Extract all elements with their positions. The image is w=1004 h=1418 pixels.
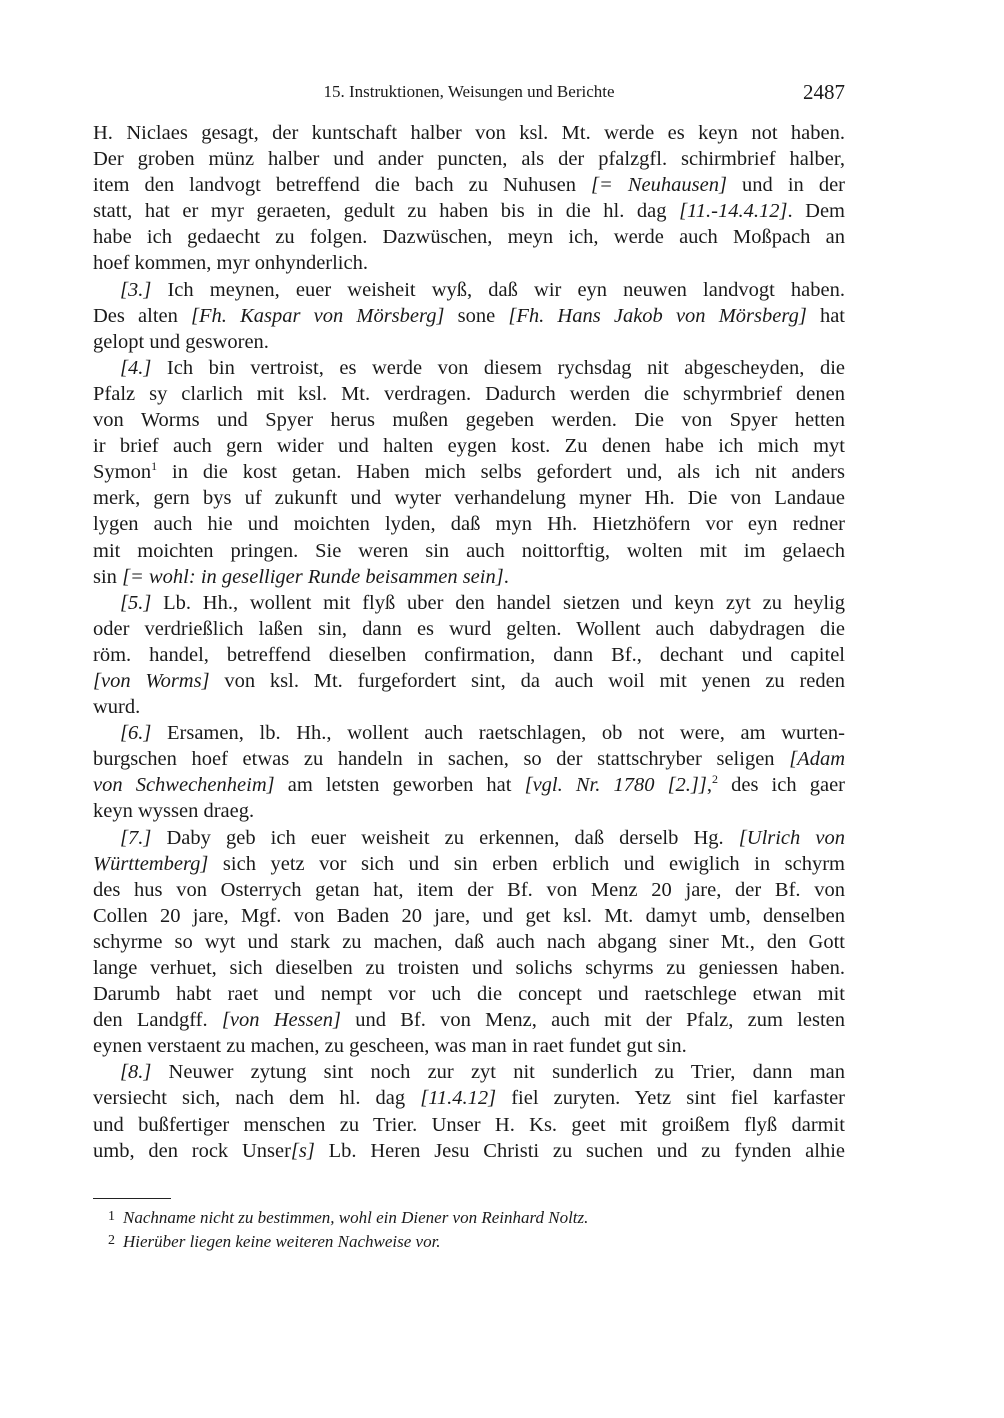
text-line: schyrme so wyt und stark zu machen, daß …	[93, 929, 845, 955]
text-line: keyn wyssen draeg.	[93, 798, 845, 824]
text-segment: eynen verstaent zu machen, zu gescheen, …	[93, 1035, 687, 1057]
text-segment: Ich meynen, euer weisheit wyß, daß wir e…	[151, 279, 845, 301]
text-segment: Daby geb ich euer weisheit zu erkennen, …	[151, 827, 738, 849]
text-segment: . Dem	[787, 200, 845, 222]
text-segment: hat	[807, 305, 845, 327]
text-segment: merk, gern bys uf zukunft und wyter verh…	[93, 487, 845, 509]
text-line: item den landvogt betreffend die bach zu…	[93, 172, 845, 198]
text-segment: des hus von Osterrych getan hat, item de…	[93, 879, 845, 901]
text-segment: und in der	[727, 174, 845, 196]
editorial-annotation: [7.]	[120, 827, 151, 849]
text-segment: Des alten	[93, 305, 191, 327]
editorial-annotation: [3.]	[120, 279, 151, 301]
footnote-number: 2	[93, 1229, 123, 1253]
text-segment: Neuwer zytung sint noch zur zyt nit sund…	[151, 1061, 845, 1083]
text-segment: fiel zuryten. Yetz sint fiel karfaster	[496, 1087, 845, 1109]
text-segment: statt, hat er myr geraeten, gedult zu ha…	[93, 200, 679, 222]
paragraph-first-line: [8.] Neuwer zytung sint noch zur zyt nit…	[93, 1059, 845, 1085]
text-segment: den Landgff.	[93, 1009, 222, 1031]
text-segment: sin	[93, 566, 122, 588]
text-segment: ir brief auch gern wider und halten eyge…	[93, 435, 845, 457]
text-line: merk, gern bys uf zukunft und wyter verh…	[93, 485, 845, 511]
text-segment: des ich gaer	[718, 774, 845, 796]
text-line: versiecht sich, nach dem hl. dag [11.4.1…	[93, 1085, 845, 1111]
editorial-annotation: [= Neuhausen]	[591, 174, 727, 196]
text-segment: H. Niclaes gesagt, der kuntschaft halber…	[93, 122, 845, 144]
text-segment: und bußfertiger menschen zu Trier. Unser…	[93, 1114, 845, 1136]
text-segment: Ich bin vertroist, es werde von diesem r…	[151, 357, 845, 379]
text-line: und bußfertiger menschen zu Trier. Unser…	[93, 1112, 845, 1138]
editorial-annotation: [11.4.12]	[420, 1087, 496, 1109]
text-segment: hoef kommen, myr onhynderlich.	[93, 252, 368, 274]
text-segment: sone	[444, 305, 508, 327]
editorial-annotation: von Schwechenheim]	[93, 774, 275, 796]
editorial-annotation: [6.]	[120, 722, 151, 744]
text-line: gelopt und gesworen.	[93, 329, 845, 355]
editorial-annotation: [s]	[291, 1140, 315, 1162]
footnote-number: 1	[93, 1205, 123, 1229]
text-line: burgschen hoef etwas zu handeln in sache…	[93, 746, 845, 772]
text-line: Des alten [Fh. Kaspar von Mörsberg] sone…	[93, 303, 845, 329]
editorial-annotation: [Ulrich von	[739, 827, 845, 849]
text-line: Symon1 in die kost getan. Haben mich sel…	[93, 459, 845, 485]
text-segment: Lb. Hh., wollent mit flyß uber den hande…	[151, 592, 845, 614]
text-segment: von ksl. Mt. furgefordert sint, da auch …	[210, 670, 845, 692]
running-title: 15. Instruktionen, Weisungen und Bericht…	[93, 82, 845, 102]
text-line: sin [= wohl: in geselliger Runde beisamm…	[93, 564, 845, 590]
text-line: H. Niclaes gesagt, der kuntschaft halber…	[93, 120, 845, 146]
footnote-text: Hierüber liegen keine weiteren Nachweise…	[123, 1232, 441, 1251]
text-segment: Der groben münz halber und ander puncten…	[93, 148, 845, 170]
text-line: lygen auch hie und moichten lyden, daß m…	[93, 511, 845, 537]
text-segment: in die kost getan. Haben mich selbs gefo…	[157, 461, 845, 483]
footnote-text: Nachname nicht zu bestimmen, wohl ein Di…	[123, 1208, 588, 1227]
text-segment: burgschen hoef etwas zu handeln in sache…	[93, 748, 789, 770]
paragraph-first-line: [3.] Ich meynen, euer weisheit wyß, daß …	[93, 277, 845, 303]
text-line: mit moichten pringen. Sie weren sin auch…	[93, 538, 845, 564]
text-segment: item den landvogt betreffend die bach zu…	[93, 174, 591, 196]
text-segment: keyn wyssen draeg.	[93, 800, 254, 822]
text-segment: röm. handel, betreffend dieselben confir…	[93, 644, 845, 666]
text-segment: am letsten geworben hat	[275, 774, 525, 796]
text-segment: von Worms und Spyer herus mußen gegeben …	[93, 409, 845, 431]
text-line: von Worms und Spyer herus mußen gegeben …	[93, 407, 845, 433]
editorial-annotation: [Fh. Kaspar von Mörsberg]	[191, 305, 444, 327]
text-segment: mit moichten pringen. Sie weren sin auch…	[93, 540, 845, 562]
running-header: 15. Instruktionen, Weisungen und Bericht…	[93, 80, 845, 106]
text-line: Pfalz sy clarlich mit ksl. Mt. verdragen…	[93, 381, 845, 407]
text-line: lange verhuet, sich dieselben zu troiste…	[93, 955, 845, 981]
text-line: von Schwechenheim] am letsten geworben h…	[93, 772, 845, 798]
text-segment: Darumb habt raet und nempt vor uch die c…	[93, 983, 845, 1005]
text-line: habe ich gedaecht zu folgen. Dazwüschen,…	[93, 224, 845, 250]
text-segment: versiecht sich, nach dem hl. dag	[93, 1087, 420, 1109]
footnote: 1Nachname nicht zu bestimmen, wohl ein D…	[93, 1205, 845, 1229]
text-line: oder verdrießlich laßen sin, dann es wur…	[93, 616, 845, 642]
paragraph-first-line: [5.] Lb. Hh., wollent mit flyß uber den …	[93, 590, 845, 616]
text-segment: habe ich gedaecht zu folgen. Dazwüschen,…	[93, 226, 845, 248]
footnotes: 1Nachname nicht zu bestimmen, wohl ein D…	[93, 1205, 845, 1253]
text-line: umb, den rock Unser[s] Lb. Heren Jesu Ch…	[93, 1138, 845, 1164]
text-segment: Symon	[93, 461, 151, 483]
text-segment: Collen 20 jare, Mgf. von Baden 20 jare, …	[93, 905, 845, 927]
text-line: den Landgff. [von Hessen] und Bf. von Me…	[93, 1007, 845, 1033]
text-line: Der groben münz halber und ander puncten…	[93, 146, 845, 172]
text-segment: lygen auch hie und moichten lyden, daß m…	[93, 513, 845, 535]
editorial-annotation: [von Hessen]	[222, 1009, 341, 1031]
text-line: wurd.	[93, 694, 845, 720]
text-line: röm. handel, betreffend dieselben confir…	[93, 642, 845, 668]
editorial-annotation: [8.]	[120, 1061, 151, 1083]
text-segment: Lb. Heren Jesu Christi zu suchen und zu …	[315, 1140, 845, 1162]
footnote-rule	[93, 1198, 171, 1199]
text-segment: und Bf. von Menz, auch mit der Pfalz, zu…	[341, 1009, 845, 1031]
text-line: des hus von Osterrych getan hat, item de…	[93, 877, 845, 903]
text-line: Württemberg] sich yetz vor sich und sin …	[93, 851, 845, 877]
text-line: Darumb habt raet und nempt vor uch die c…	[93, 981, 845, 1007]
text-segment: lange verhuet, sich dieselben zu troiste…	[93, 957, 845, 979]
text-segment: Pfalz sy clarlich mit ksl. Mt. verdragen…	[93, 383, 845, 405]
text-line: ir brief auch gern wider und halten eyge…	[93, 433, 845, 459]
editorial-annotation: [Adam	[789, 748, 845, 770]
text-segment: gelopt und gesworen.	[93, 331, 269, 353]
body-text: H. Niclaes gesagt, der kuntschaft halber…	[93, 120, 845, 1164]
editorial-annotation: Württemberg]	[93, 853, 208, 875]
editorial-annotation: [von Worms]	[93, 670, 210, 692]
text-segment: oder verdrießlich laßen sin, dann es wur…	[93, 618, 845, 640]
editorial-annotation: [= wohl: in geselliger Runde beisammen s…	[122, 566, 504, 588]
footnote: 2Hierüber liegen keine weiteren Nachweis…	[93, 1229, 845, 1253]
text-segment: Ersamen, lb. Hh., wollent auch raetschla…	[151, 722, 845, 744]
text-segment: .	[504, 566, 509, 588]
text-line: [von Worms] von ksl. Mt. furgefordert si…	[93, 668, 845, 694]
text-segment: wurd.	[93, 696, 140, 718]
paragraph-first-line: [6.] Ersamen, lb. Hh., wollent auch raet…	[93, 720, 845, 746]
text-segment: schyrme so wyt und stark zu machen, daß …	[93, 931, 845, 953]
text-line: Collen 20 jare, Mgf. von Baden 20 jare, …	[93, 903, 845, 929]
text-segment: umb, den rock Unser	[93, 1140, 291, 1162]
paragraph-first-line: [4.] Ich bin vertroist, es werde von die…	[93, 355, 845, 381]
editorial-annotation: [Fh. Hans Jakob von Mörsberg]	[508, 305, 806, 327]
text-line: statt, hat er myr geraeten, gedult zu ha…	[93, 198, 845, 224]
editorial-annotation: [vgl. Nr. 1780 [2.]]	[525, 774, 707, 796]
text-line: hoef kommen, myr onhynderlich.	[93, 250, 845, 276]
paragraph-first-line: [7.] Daby geb ich euer weisheit zu erken…	[93, 825, 845, 851]
editorial-annotation: [4.]	[120, 357, 151, 379]
editorial-annotation: [11.-14.4.12]	[679, 200, 787, 222]
editorial-annotation: [5.]	[120, 592, 151, 614]
text-segment: sich yetz vor sich und sin erben erblich…	[208, 853, 845, 875]
page-number: 2487	[803, 80, 845, 105]
text-line: eynen verstaent zu machen, zu gescheen, …	[93, 1033, 845, 1059]
